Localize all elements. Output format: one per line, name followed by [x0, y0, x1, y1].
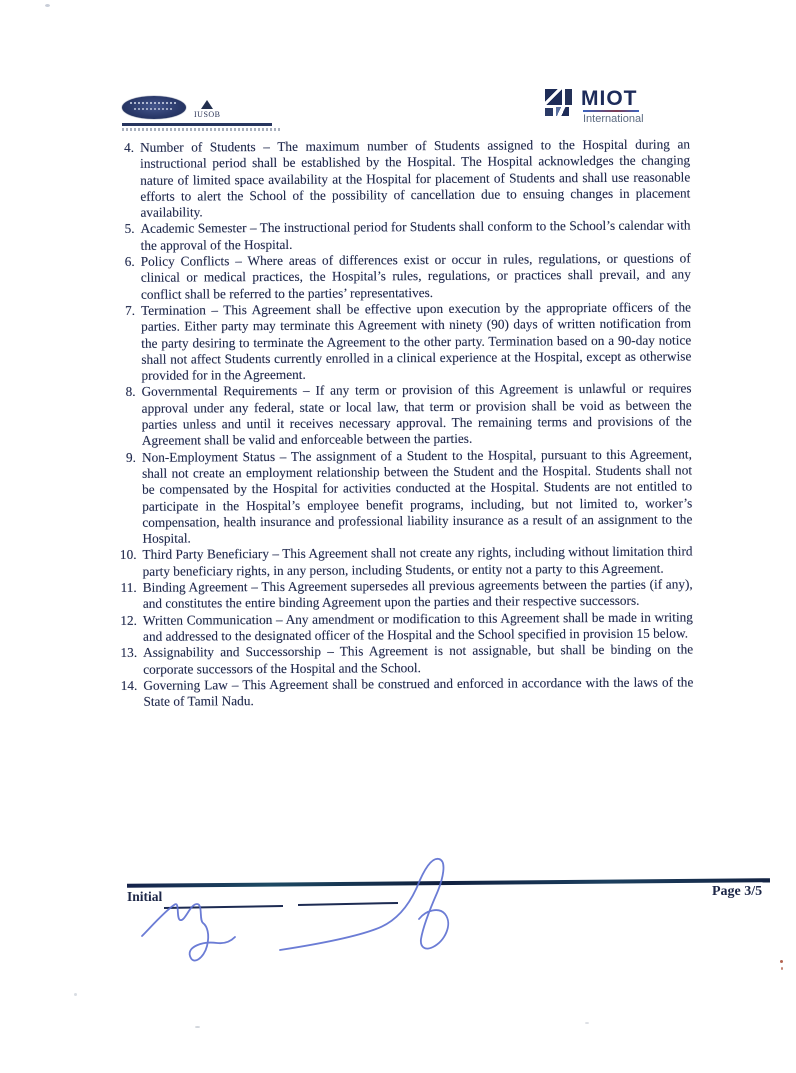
school-logo-label: IUSOB: [194, 110, 221, 119]
clause-item: 9.Non-Employment Status – The assignment…: [108, 446, 693, 547]
clause-item: 14.Governing Law – This Agreement shall …: [109, 674, 693, 710]
clause-number: 11.: [109, 580, 143, 597]
clause-number: 12.: [109, 612, 143, 629]
clause-number: 13.: [109, 645, 143, 662]
logo-underline-bar: [122, 123, 272, 126]
clause-item: 5.Academic Semester – The instructional …: [106, 218, 690, 254]
scan-artifact-dot: [780, 960, 783, 963]
clause-list: 4.Number of Students – The maximum numbe…: [106, 136, 693, 710]
clause-item: 7.Termination – This Agreement shall be …: [107, 299, 691, 384]
clause-text: Number of Students – The maximum number …: [140, 136, 690, 221]
clause-number: 8.: [107, 384, 141, 401]
clause-text: Policy Conflicts – Where areas of differ…: [141, 251, 691, 303]
scan-artifact-dot: [45, 4, 50, 7]
initial-label: Initial: [127, 889, 162, 905]
clause-item: 11.Binding Agreement – This Agreement su…: [109, 576, 693, 612]
clause-number: 10.: [108, 547, 142, 564]
accreditation-seal-icon: [122, 96, 186, 119]
clause-text: Binding Agreement – This Agreement super…: [143, 576, 693, 612]
clause-number: 9.: [108, 449, 142, 466]
clause-text: Academic Semester – The instructional pe…: [140, 218, 690, 254]
clause-text: Assignability and Successorship – This A…: [143, 642, 693, 678]
clause-text: Governmental Requirements – If any term …: [141, 381, 691, 450]
clause-number: 7.: [107, 303, 141, 320]
clause-text: Written Communication – Any amendment or…: [143, 609, 693, 645]
clause-number: 14.: [109, 678, 143, 695]
signature-initials: [120, 852, 500, 992]
miot-squares-icon: [545, 89, 575, 116]
scan-artifact-dot: [781, 967, 783, 970]
scan-artifact-dot: [74, 993, 77, 996]
miot-logo-divider: [583, 110, 639, 112]
clause-number: 6.: [107, 254, 141, 271]
miot-logo-subtitle: International: [583, 113, 644, 125]
school-triangle-icon: [201, 100, 213, 109]
clause-text: Third Party Beneficiary – This Agreement…: [142, 544, 692, 580]
clause-text: Governing Law – This Agreement shall be …: [143, 674, 693, 710]
signature-stroke-left: [142, 904, 235, 961]
scan-artifact-dot: [195, 1026, 200, 1028]
clause-text: Non-Employment Status – The assignment o…: [142, 446, 693, 547]
clause-item: 8.Governmental Requirements – If any ter…: [107, 381, 691, 450]
clause-number: 5.: [106, 221, 140, 238]
initial-blank-line-1: [164, 905, 283, 909]
clause-text: Termination – This Agreement shall be ef…: [141, 299, 691, 384]
clause-item: 10.Third Party Beneficiary – This Agreem…: [108, 544, 692, 580]
miot-international-logo: MIOT International: [545, 89, 644, 125]
document-page: IUSOB MIOT International 4.Number of Stu…: [0, 0, 796, 1073]
page-number-label: Page 3/5: [712, 884, 762, 900]
school-accreditation-logo: IUSOB: [122, 96, 282, 131]
clause-item: 13.Assignability and Successorship – Thi…: [109, 642, 693, 678]
clause-item: 12.Written Communication – Any amendment…: [109, 609, 693, 645]
logo-fineprint-line: [122, 128, 280, 131]
miot-logo-name: MIOT: [581, 89, 644, 109]
clause-number: 4.: [106, 140, 140, 157]
clause-item: 4.Number of Students – The maximum numbe…: [106, 136, 690, 221]
footer-rule-line: [127, 878, 770, 887]
scan-artifact-dot: [585, 1022, 589, 1024]
clause-item: 6.Policy Conflicts – Where areas of diff…: [107, 251, 691, 303]
initial-blank-line-2: [298, 902, 398, 906]
